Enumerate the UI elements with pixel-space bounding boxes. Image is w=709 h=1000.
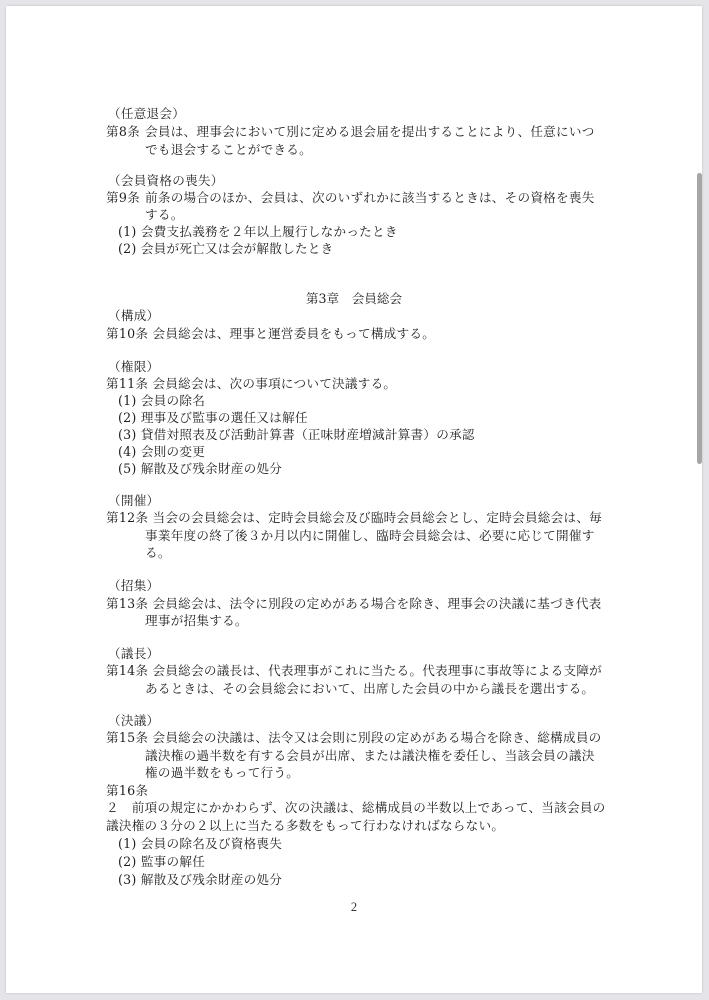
list-item: (2) 監事の解任 xyxy=(118,853,205,870)
article-text: 会員総会は、理事と運営委員をもって構成する。 xyxy=(152,326,435,341)
article-text-continuation: でも退会することができる。 xyxy=(145,141,312,158)
document-page: （任意退会） 第8条会員は、理事会において別に定める退会届を提出することにより、… xyxy=(6,6,702,993)
section-heading: （開催） xyxy=(108,492,159,509)
article-text-continuation: る。 xyxy=(145,544,171,561)
list-item: (2) 理事及び監事の選任又は解任 xyxy=(118,409,308,426)
article-16-number: 第16条 xyxy=(106,782,148,799)
article-16-paragraph: ２ 前項の規定にかかわらず、次の決議は、総構成員の半数以上であって、当該会員の xyxy=(106,799,606,816)
section-heading: （権限） xyxy=(108,358,159,375)
page-number: 2 xyxy=(6,899,702,915)
article-text: 会員総会は、法令に別段の定めがある場合を除き、理事会の決議に基づき代表 xyxy=(152,596,601,611)
article-number: 第11条 xyxy=(106,376,148,391)
article-text: 会員総会の議長は、代表理事がこれに当たる。代表理事に事故等による支障が xyxy=(152,663,602,678)
list-item: (5) 解散及び残余財産の処分 xyxy=(118,460,282,477)
list-item: (3) 貸借対照表及び活動計算書（正味財産増減計算書）の承認 xyxy=(118,426,475,443)
article-text-continuation: 権の過半数をもって行う。 xyxy=(145,764,299,781)
list-item: (4) 会則の変更 xyxy=(118,443,205,460)
article-text: 会員は、理事会において別に定める退会届を提出することにより、任意にいつ xyxy=(145,124,595,139)
article-11: 第11条 会員総会は、次の事項について決議する。 xyxy=(106,375,396,392)
list-item: (1) 会員の除名 xyxy=(118,392,205,409)
article-text-continuation: 理事が招集する。 xyxy=(145,612,248,629)
article-text-continuation: 議決権の３分の２以上に当たる多数をもって行わなければならない。 xyxy=(106,817,504,834)
article-text-continuation: あるときは、その会員総会において、出席した会員の中から議長を選出する。 xyxy=(145,680,594,697)
section-heading: （構成） xyxy=(108,307,159,324)
vertical-scrollbar-thumb[interactable] xyxy=(697,173,702,464)
section-heading: （任意退会） xyxy=(108,105,185,122)
article-number: 第9条 xyxy=(106,189,145,206)
article-number: 第13条 xyxy=(106,596,148,611)
article-number: 第14条 xyxy=(106,663,148,678)
article-14: 第14条 会員総会の議長は、代表理事がこれに当たる。代表理事に事故等による支障が xyxy=(106,662,602,679)
list-item: (1) 会費支払義務を２年以上履行しなかったとき xyxy=(118,223,398,240)
list-item: (3) 解散及び残余財産の処分 xyxy=(118,871,282,888)
article-10: 第10条 会員総会は、理事と運営委員をもって構成する。 xyxy=(106,325,435,342)
article-13: 第13条 会員総会は、法令に別段の定めがある場合を除き、理事会の決議に基づき代表 xyxy=(106,595,602,612)
article-text: 前条の場合のほか、会員は、次のいずれかに該当するときは、その資格を喪失 xyxy=(145,190,595,205)
article-9: 第9条前条の場合のほか、会員は、次のいずれかに該当するときは、その資格を喪失 xyxy=(106,189,595,206)
article-number: 第8条 xyxy=(106,123,145,140)
chapter-title: 第3章 会員総会 xyxy=(6,290,702,307)
article-text-continuation: する。 xyxy=(145,206,184,223)
list-item: (1) 会員の除名及び資格喪失 xyxy=(118,835,282,852)
section-heading: （招集） xyxy=(108,577,159,594)
article-text: 当会の会員総会は、定時会員総会及び臨時会員総会とし、定時会員総会は、毎 xyxy=(152,510,602,525)
section-heading: （議長） xyxy=(108,645,159,662)
article-12: 第12条 当会の会員総会は、定時会員総会及び臨時会員総会とし、定時会員総会は、毎 xyxy=(106,509,602,526)
article-text-continuation: 議決権の過半数を有する会員が出席、または議決権を委任し、当該会員の議決 xyxy=(145,747,595,764)
document-viewer: （任意退会） 第8条会員は、理事会において別に定める退会届を提出することにより、… xyxy=(0,0,709,1000)
article-8: 第8条会員は、理事会において別に定める退会届を提出することにより、任意にいつ xyxy=(106,123,595,140)
article-number: 第10条 xyxy=(106,326,148,341)
section-heading: （決議） xyxy=(108,712,159,729)
article-15: 第15条 会員総会の決議は、法令又は会則に別段の定めがある場合を除き、総構成員の xyxy=(106,729,602,746)
list-item: (2) 会員が死亡又は会が解散したとき xyxy=(118,240,334,257)
section-heading: （会員資格の喪失） xyxy=(108,172,224,189)
article-text-continuation: 事業年度の終了後３か月以内に開催し、臨時会員総会は、必要に応じて開催す xyxy=(145,527,595,544)
article-number: 第15条 xyxy=(106,730,148,745)
article-number: 第12条 xyxy=(106,510,148,525)
article-text: 会員総会の決議は、法令又は会則に別段の定めがある場合を除き、総構成員の xyxy=(152,730,601,745)
article-text: 会員総会は、次の事項について決議する。 xyxy=(152,376,396,391)
